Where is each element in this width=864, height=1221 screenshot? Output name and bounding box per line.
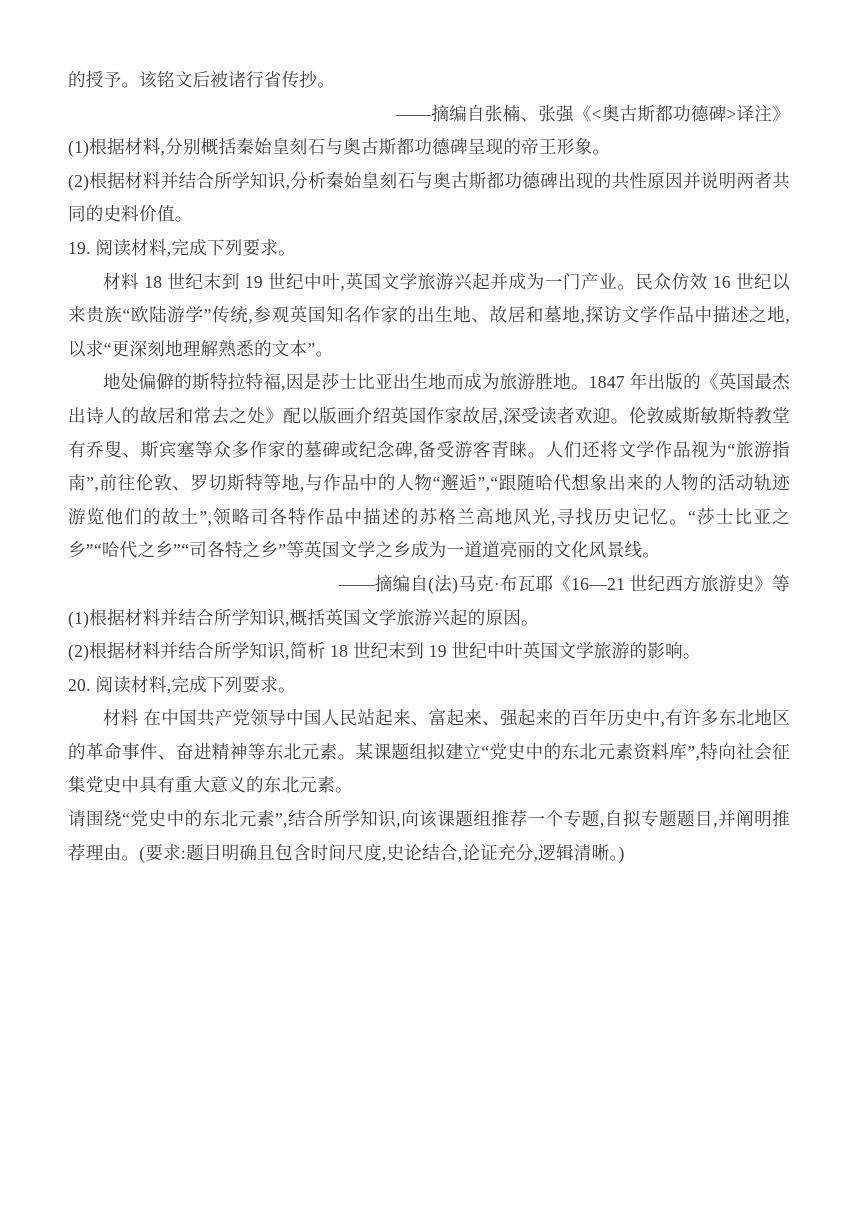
sub-question-1: (1)根据材料,分别概括秦始皇刻石与奥古斯都功德碑呈现的帝王形象。 bbox=[68, 131, 790, 165]
source-attribution: ——摘编自(法)马克·布瓦耶《16—21 世纪西方旅游史》等 bbox=[68, 568, 790, 602]
question-19-stem: 19. 阅读材料,完成下列要求。 bbox=[68, 232, 790, 266]
exam-page: 的授予。该铭文后被诸行省传抄。 ——摘编自张楠、张强《<奥古斯都功德碑>译注》 … bbox=[0, 0, 864, 1221]
question-19-material-1: 材料 18 世纪末到 19 世纪中叶,英国文学旅游兴起并成为一门产业。民众仿效 … bbox=[68, 266, 790, 367]
question-20-task: 请围绕“党史中的东北元素”,结合所学知识,向该课题组推荐一个专题,自拟专题题目,… bbox=[68, 803, 790, 870]
sub-question-1: (1)根据材料并结合所学知识,概括英国文学旅游兴起的原因。 bbox=[68, 602, 790, 636]
material-continuation-line: 的授予。该铭文后被诸行省传抄。 bbox=[68, 64, 790, 98]
question-20-material: 材料 在中国共产党领导中国人民站起来、富起来、强起来的百年历史中,有许多东北地区… bbox=[68, 702, 790, 803]
question-19-material-2: 地处偏僻的斯特拉特福,因是莎士比亚出生地而成为旅游胜地。1847 年出版的《英国… bbox=[68, 366, 790, 568]
exam-text-column: 的授予。该铭文后被诸行省传抄。 ——摘编自张楠、张强《<奥古斯都功德碑>译注》 … bbox=[68, 64, 790, 870]
question-20-stem: 20. 阅读材料,完成下列要求。 bbox=[68, 669, 790, 703]
source-attribution: ——摘编自张楠、张强《<奥古斯都功德碑>译注》 bbox=[68, 98, 790, 132]
sub-question-2: (2)根据材料并结合所学知识,简析 18 世纪末到 19 世纪中叶英国文学旅游的… bbox=[68, 635, 790, 669]
sub-question-2: (2)根据材料并结合所学知识,分析秦始皇刻石与奥古斯都功德碑出现的共性原因并说明… bbox=[68, 165, 790, 232]
